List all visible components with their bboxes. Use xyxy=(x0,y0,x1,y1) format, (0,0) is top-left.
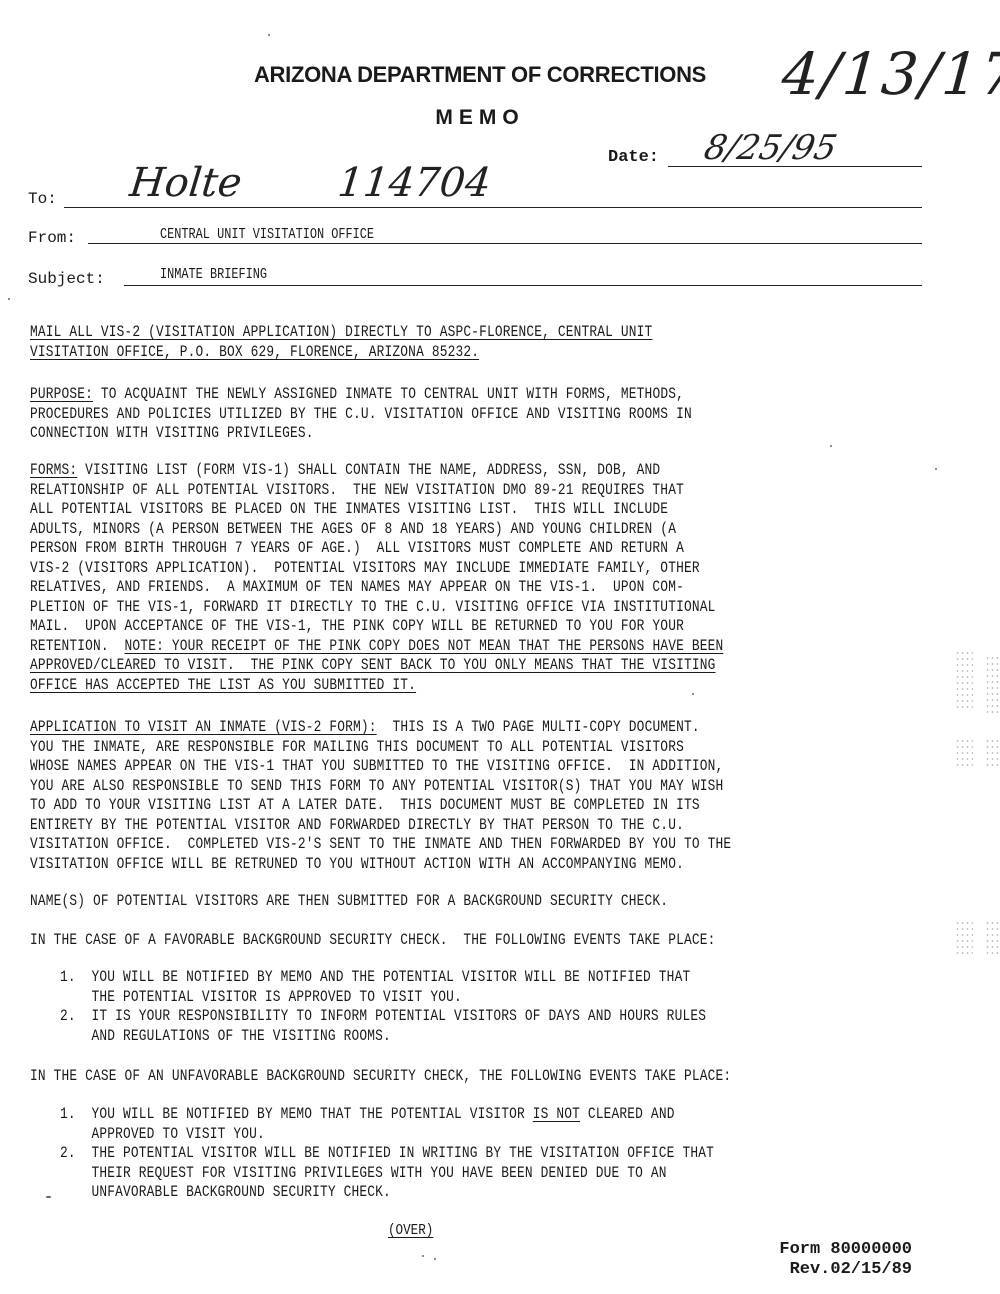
list-item-number: 1. xyxy=(60,968,76,986)
from-underline xyxy=(88,243,922,244)
subject-label: Subject: xyxy=(28,270,105,288)
scan-speck xyxy=(434,1258,436,1260)
background-check-statement: NAME(S) OF POTENTIAL VISITORS ARE THEN S… xyxy=(30,892,769,912)
scan-speck xyxy=(935,468,937,470)
date-label: Date: xyxy=(608,148,659,167)
form-number-block: Form 80000000Rev.02/15/89 xyxy=(762,1240,912,1280)
purpose-section: PURPOSE: TO ACQUAINT THE NEWLY ASSIGNED … xyxy=(30,385,769,444)
form-revision: Rev.02/15/89 xyxy=(762,1260,912,1280)
to-name: Holte xyxy=(128,160,244,206)
forms-section: FORMS: VISITING LIST (FORM VIS-1) SHALL … xyxy=(30,461,769,695)
forms-heading: FORMS: xyxy=(30,461,77,479)
forms-note: NOTE: YOUR RECEIPT OF THE PINK COPY DOES… xyxy=(125,637,724,655)
application-heading: APPLICATION TO VISIT AN INMATE (VIS-2 FO… xyxy=(30,718,377,736)
scan-noise xyxy=(955,738,973,768)
favorable-list: 1. YOU WILL BE NOTIFIED BY MEMO AND THE … xyxy=(60,968,816,1046)
application-section: APPLICATION TO VISIT AN INMATE (VIS-2 FO… xyxy=(30,718,769,874)
handwritten-stamp-date: 4/13/17 xyxy=(780,40,1000,108)
to-underline xyxy=(64,207,922,208)
scan-speck xyxy=(830,445,832,447)
scan-speck xyxy=(8,298,10,300)
unfavorable-list: 1. YOU WILL BE NOTIFIED BY MEMO THAT THE… xyxy=(60,1105,816,1203)
mail-notice: MAIL ALL VIS-2 (VISITATION APPLICATION) … xyxy=(30,323,769,362)
scan-noise xyxy=(955,920,973,955)
memo-heading: MEMO xyxy=(0,106,960,130)
mail-notice-line-1: MAIL ALL VIS-2 (VISITATION APPLICATION) … xyxy=(30,323,652,341)
is-not-emphasis: IS NOT xyxy=(533,1105,580,1123)
to-inmate-number: 114704 xyxy=(336,160,494,206)
to-label: To: xyxy=(28,190,57,208)
from-value: CENTRAL UNIT VISITATION OFFICE xyxy=(160,227,374,243)
scan-noise xyxy=(985,920,1000,955)
purpose-heading: PURPOSE: xyxy=(30,385,93,403)
unfavorable-intro: IN THE CASE OF AN UNFAVORABLE BACKGROUND… xyxy=(30,1067,769,1087)
over-indicator: (OVER) xyxy=(388,1222,433,1239)
scan-noise xyxy=(955,650,973,710)
favorable-intro: IN THE CASE OF A FAVORABLE BACKGROUND SE… xyxy=(30,931,769,951)
from-label: From: xyxy=(28,229,76,247)
scan-speck xyxy=(422,1255,424,1257)
scan-speck xyxy=(692,693,694,695)
scan-speck xyxy=(268,34,270,36)
subject-value: INMATE BRIEFING xyxy=(160,267,267,283)
list-item-number: 2. xyxy=(60,1007,76,1025)
scan-noise xyxy=(985,738,1000,768)
scan-speck xyxy=(46,1196,51,1198)
mail-notice-line-2: VISITATION OFFICE, P.O. BOX 629, FLORENC… xyxy=(30,343,479,361)
form-number: Form 80000000 xyxy=(762,1240,912,1260)
scan-noise xyxy=(985,655,1000,715)
date-value: 8/25/95 xyxy=(701,128,841,168)
subject-underline xyxy=(124,285,922,286)
